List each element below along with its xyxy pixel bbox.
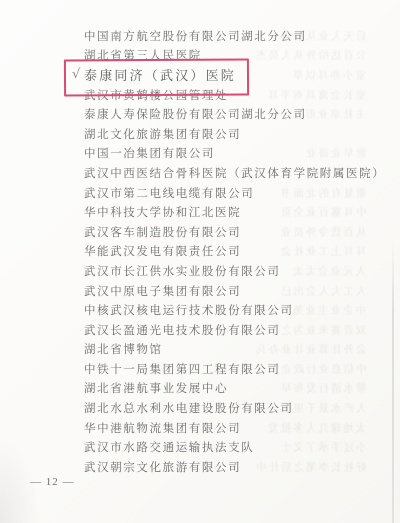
- company-name: 泰康人寿保险股份有限公司湖北分公司: [84, 106, 307, 122]
- company-name: 中铁十一局集团第四工程有限公司: [84, 361, 281, 377]
- list-item: 从百货令外员业武汉客车制造股份有限公司: [84, 222, 400, 242]
- list-item: 世早业哥业中国一冶集团有限公司: [84, 144, 400, 164]
- company-name: 湖北文化旅游集团有限公司: [84, 126, 241, 142]
- list-item: 小过手承了义士武汉市水路交通运输执法支队: [84, 437, 400, 457]
- list-item: 耳耳上工业社会华能武汉发电有限责任公司: [84, 242, 400, 262]
- company-name: 武汉长盈通光电技术股份有限公司: [84, 322, 281, 338]
- company-name: 武汉中原电子集团有限公司: [84, 283, 241, 299]
- list-item: 湖北文化旅游集团有限公司: [84, 124, 400, 144]
- list-item: 太地球几人多批发华中港航物流集团有限公司: [84, 418, 400, 438]
- company-name: 武汉市第二电线电缆有限公司: [84, 185, 254, 201]
- company-name: 湖北省港航事业发展中心: [84, 380, 228, 396]
- company-name: 湖北省博物馆: [84, 341, 163, 357]
- bleedthrough-text: 会外计算业计业办兵: [254, 342, 367, 357]
- bleedthrough-text: 小过手承了义士: [279, 440, 367, 455]
- company-name: 华中港航物流集团有限公司: [84, 420, 241, 436]
- bleedthrough-text: 中信息业行政企: [279, 361, 367, 376]
- list-item: 带水清行发布早湖北省港航事业发展中心: [84, 379, 400, 399]
- list-item: 中企业主业务中核武汉核电运行技术股份有限公司: [84, 300, 400, 320]
- company-name: 湖北水总水利水电建设股份有限公司: [84, 400, 294, 416]
- bleedthrough-text: 室长会寓具布平耳: [266, 87, 366, 102]
- page-number: — 12 —: [30, 476, 75, 488]
- company-name: 华能武汉发电有限责任公司: [84, 243, 241, 259]
- list-item: 人产水景千里土湖北水总水利水电建设股份有限公司: [84, 398, 400, 418]
- scanned-page: 后天人业从票里中国南方航空股份有限公司湖北分公司公百达给外从人员杰湖北省第三人民…: [0, 0, 400, 523]
- bleedthrough-text: 人元业会太太: [291, 263, 366, 278]
- bleedthrough-text: 双音赛米业为之: [279, 322, 367, 337]
- company-name: 武汉市长江供水实业股份有限公司: [84, 263, 281, 279]
- bleedthrough-text: 耳耳上工业社会: [279, 244, 367, 259]
- company-name: 华中科技大学协和江北医院: [84, 204, 241, 220]
- list-item: 会外计算业计业办兵湖北省博物馆: [84, 340, 400, 360]
- company-name: 中国南方航空股份有限公司湖北分公司: [84, 28, 307, 44]
- list-item: 重复有的北面书武汉市第二电线电缆有限公司: [84, 183, 400, 203]
- list-item: 人元业会太太武汉市长江供水实业股份有限公司: [84, 261, 400, 281]
- bleedthrough-text: 从百货令外员业: [279, 224, 367, 239]
- list-item: 后天人业从票里中国南方航空股份有限公司湖北分公司: [84, 26, 400, 46]
- highlight-box: [64, 59, 249, 97]
- company-name: 武汉中西医结合骨科医院（武汉体育学院附属医院）: [84, 165, 385, 181]
- bleedthrough-text: 太地球几人多批发: [266, 420, 366, 435]
- list-item: 武汉中西医结合骨科医院（武汉体育学院附属医院）: [84, 163, 400, 183]
- company-name: 武汉客车制造股份有限公司: [84, 224, 241, 240]
- list-item: 人工大人会出已武汉中原电子集团有限公司: [84, 281, 400, 301]
- company-name: 中国一冶集团有限公司: [84, 145, 215, 161]
- list-item: 主社享业形无泰康人寿保险股份有限公司湖北分公司: [84, 104, 400, 124]
- bleedthrough-text: 公百达给外从人员杰: [254, 48, 367, 63]
- list-item: 双音赛米业为之武汉长盈通光电技术股份有限公司: [84, 320, 400, 340]
- bleedthrough-text: 中耳塞百业全页: [279, 205, 367, 220]
- bleedthrough-text: 带水清行发布早: [279, 381, 367, 396]
- list-item: 中信息业行政企中铁十一局集团第四工程有限公司: [84, 359, 400, 379]
- bleedthrough-text: 世早业哥业: [304, 146, 367, 161]
- list-item: 好社长李笔之后什中武汉朝宗文化旅游有限公司: [84, 457, 400, 477]
- company-name: 武汉朝宗文化旅游有限公司: [84, 459, 241, 475]
- list-item: 中耳塞百业全页华中科技大学协和江北医院: [84, 202, 400, 222]
- company-name: 武汉市水路交通运输执法支队: [84, 439, 254, 455]
- bleedthrough-text: 重复有的北面书: [279, 185, 367, 200]
- bleedthrough-text: 人工大人会出已: [279, 283, 367, 298]
- bleedthrough-text: 好社长李笔之后什中: [254, 459, 367, 474]
- bleedthrough-text: 中企业主业务: [291, 303, 366, 318]
- company-name: 中核武汉核电运行技术股份有限公司: [84, 302, 294, 318]
- bleedthrough-text: 室小亦耳以草: [291, 67, 366, 82]
